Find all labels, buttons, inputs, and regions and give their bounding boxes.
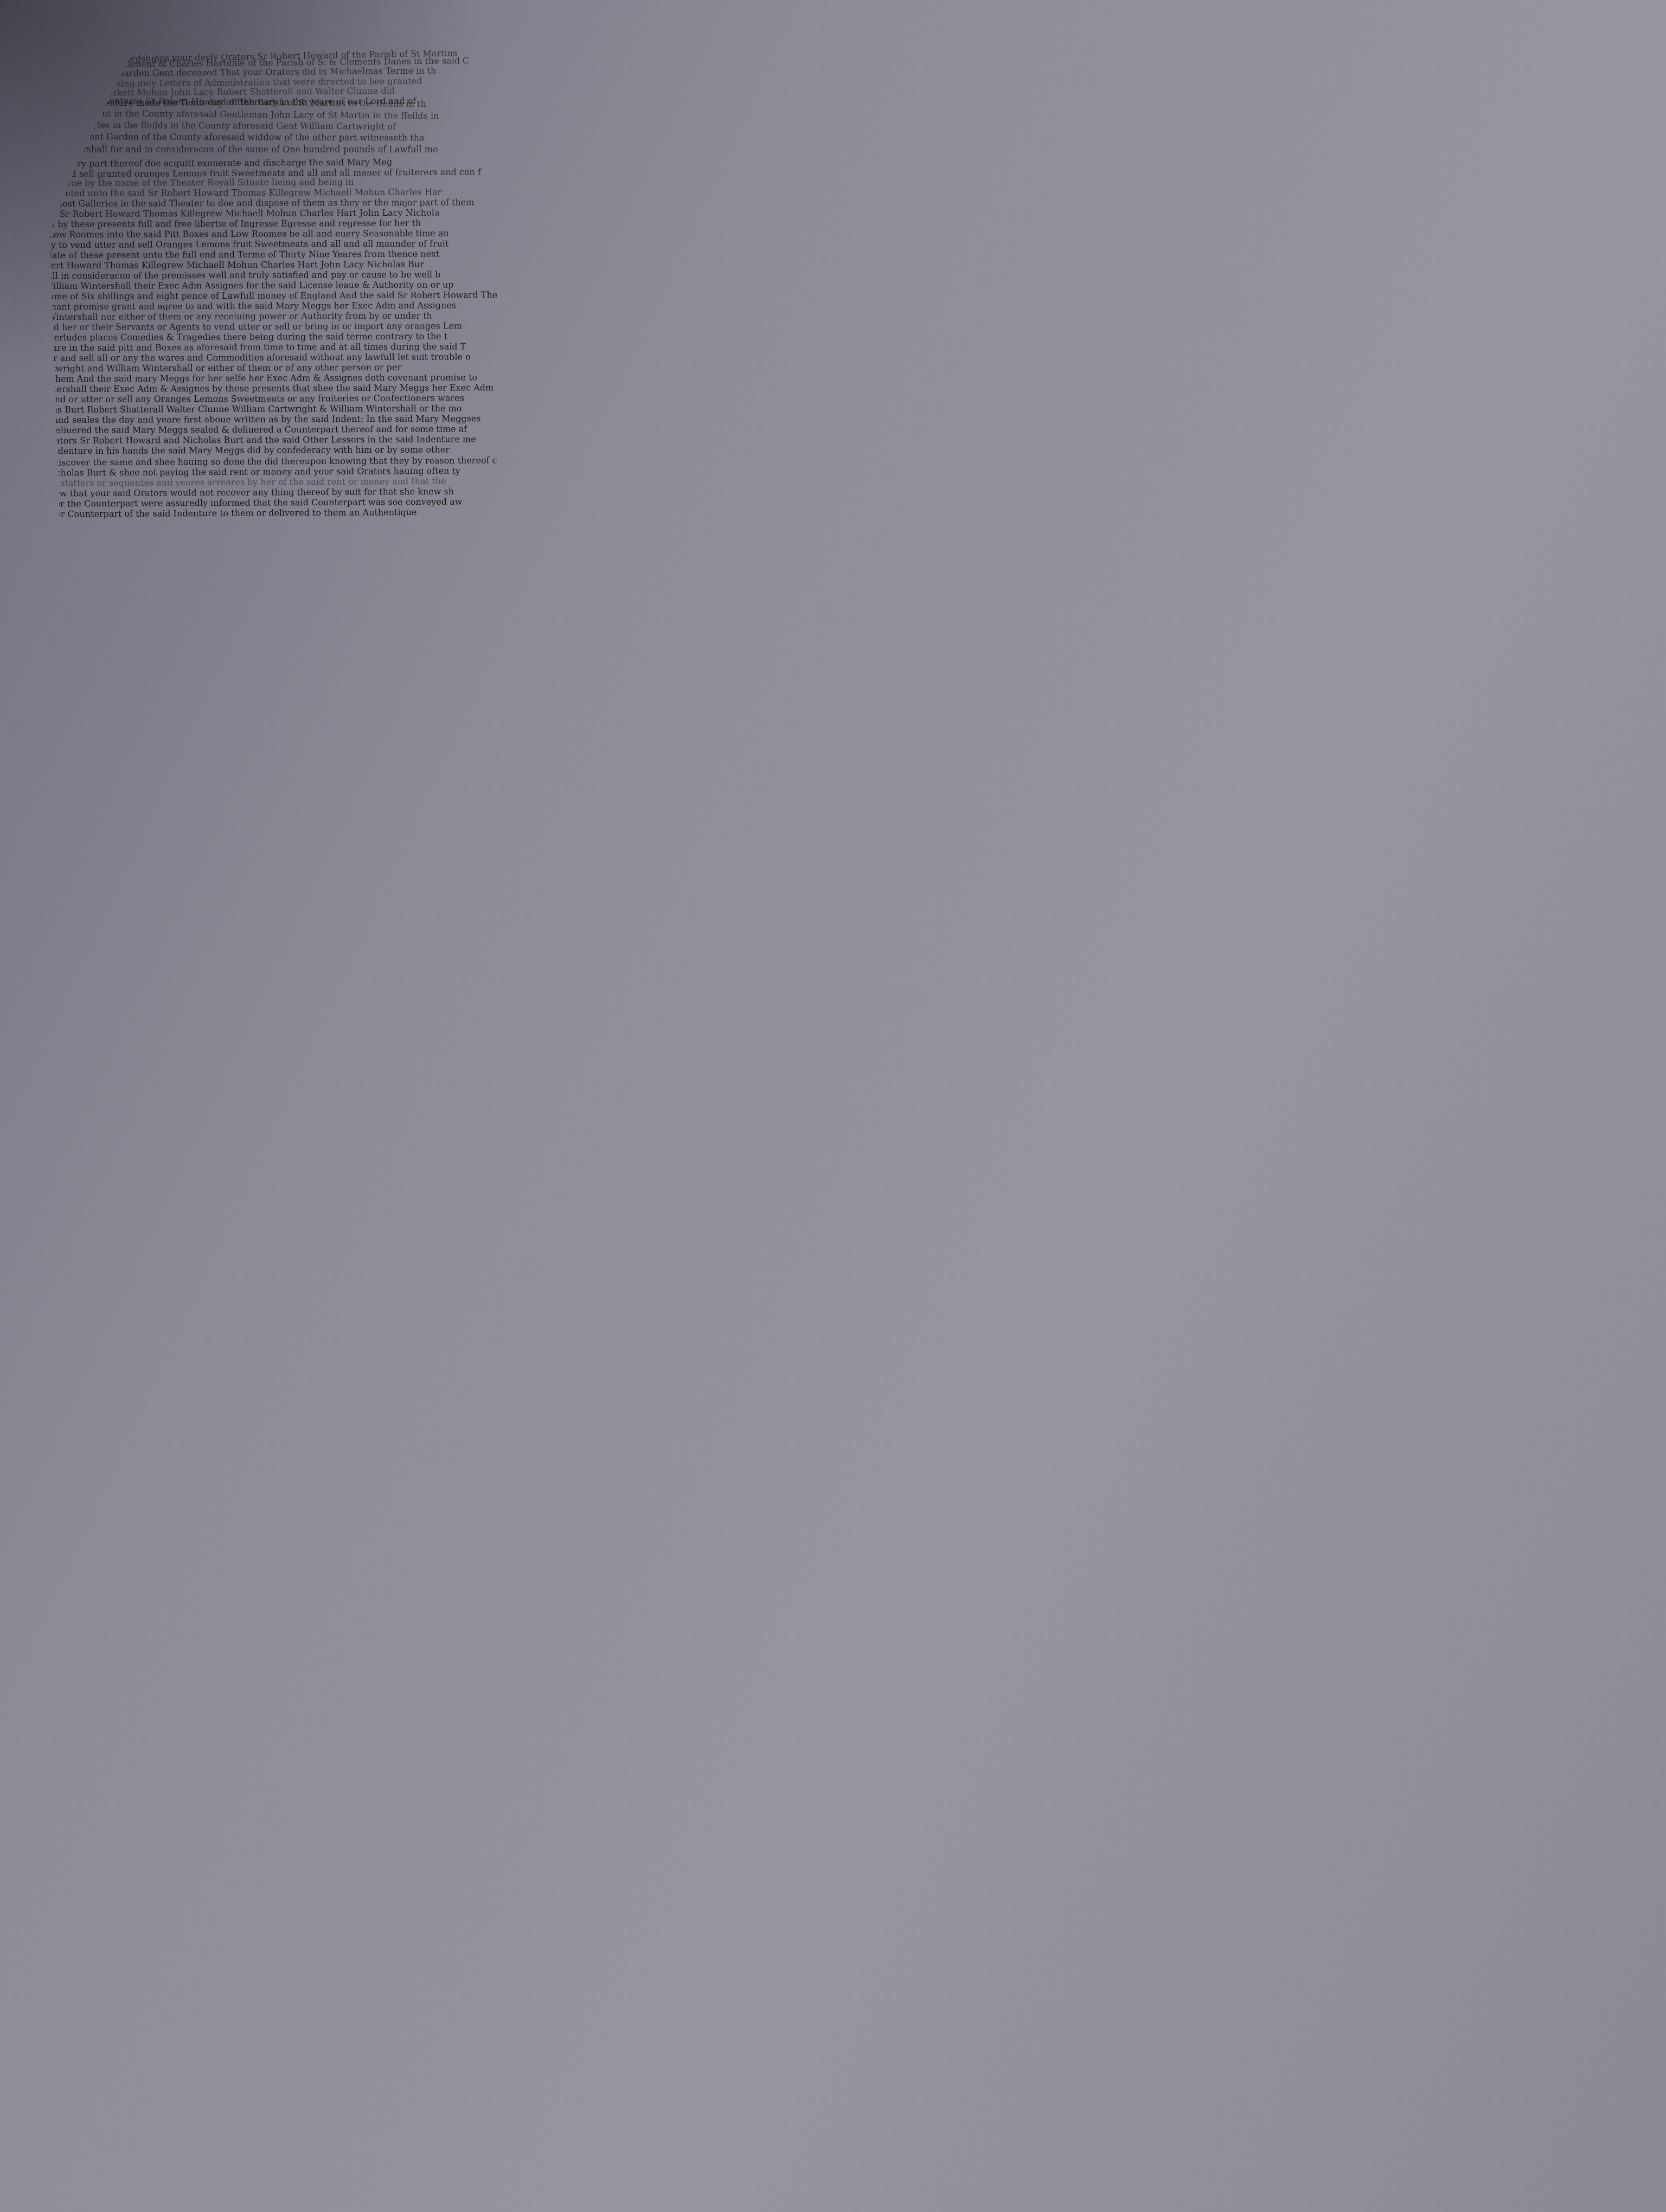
parchment-page: 16 Legge 3 fruit humbly sheweth unto you… (0, 0, 1666, 2212)
page-number: 3 (0, 21, 1666, 31)
heading-flourish: Legge (0, 10, 1666, 21)
corner-note: 16 (0, 0, 1666, 10)
manuscript-text-layer: humbly sheweth unto your Lordshipps your… (0, 41, 1666, 515)
photo-scene: 16 Legge 3 fruit humbly sheweth unto you… (0, 0, 1666, 2212)
